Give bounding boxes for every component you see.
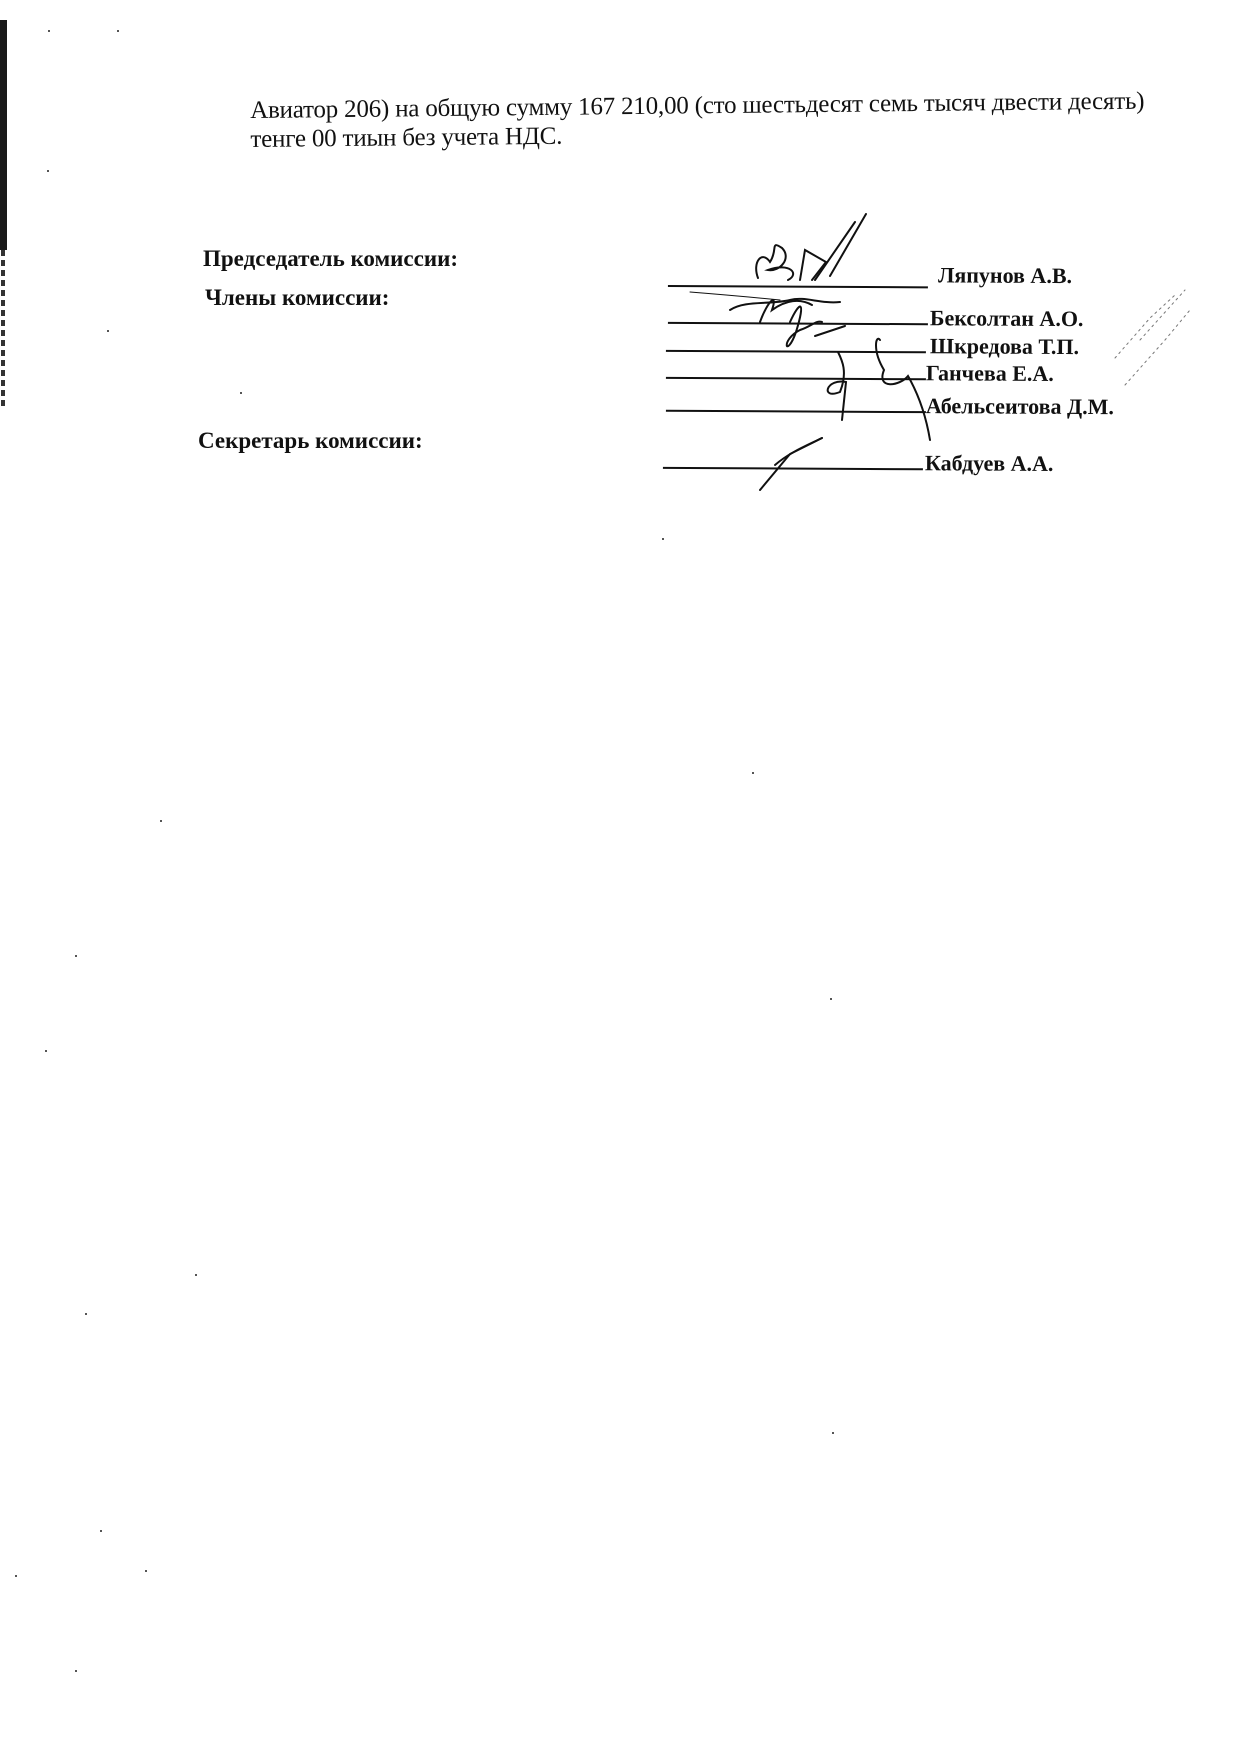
scan-speck <box>75 955 77 957</box>
signatory-name: Кабдуев А.А. <box>925 450 1054 477</box>
scan-edge-artifact <box>0 20 8 410</box>
scan-speck <box>662 538 664 540</box>
signature-row-secretary: Кабдуев А.А. <box>663 439 1083 471</box>
scan-speck <box>107 330 109 332</box>
scan-speck <box>47 170 49 172</box>
signature-line <box>666 377 926 380</box>
signature-row-chairman: Ляпунов А.В. <box>668 257 1068 289</box>
scan-speck <box>45 1050 47 1052</box>
scan-speck <box>752 772 754 774</box>
body-paragraph: Авиатор 206) на общую сумму 167 210,00 (… <box>250 86 1171 154</box>
signature-line <box>666 410 926 413</box>
signature-row-member: Абельсеитова Д.М. <box>666 382 1126 414</box>
faint-stamp-marks <box>1115 290 1190 385</box>
scan-speck <box>85 1313 87 1315</box>
scan-speck <box>15 1575 17 1577</box>
scan-edge-solid <box>0 20 7 250</box>
signatory-name: Абельсеитова Д.М. <box>926 393 1114 420</box>
members-label: Члены комиссии: <box>205 285 389 311</box>
scan-speck <box>145 1570 147 1572</box>
scan-edge-dashed <box>1 250 5 410</box>
chairman-label: Председатель комиссии: <box>203 246 458 272</box>
scan-speck <box>100 1530 102 1532</box>
secretary-label: Секретарь комиссии: <box>198 428 423 454</box>
scan-speck <box>160 820 162 822</box>
signatory-name: Ляпунов А.В. <box>938 262 1072 289</box>
scan-speck <box>117 30 119 32</box>
signature-line <box>663 467 923 470</box>
scan-speck <box>240 392 242 394</box>
signature-row-member: Ганчева Е.А. <box>666 349 1086 381</box>
scan-speck <box>830 998 832 1000</box>
scan-speck <box>48 30 50 32</box>
signature-line <box>668 285 928 288</box>
scan-speck <box>832 1432 834 1434</box>
scan-speck <box>195 1274 197 1276</box>
scan-speck <box>75 1670 77 1672</box>
